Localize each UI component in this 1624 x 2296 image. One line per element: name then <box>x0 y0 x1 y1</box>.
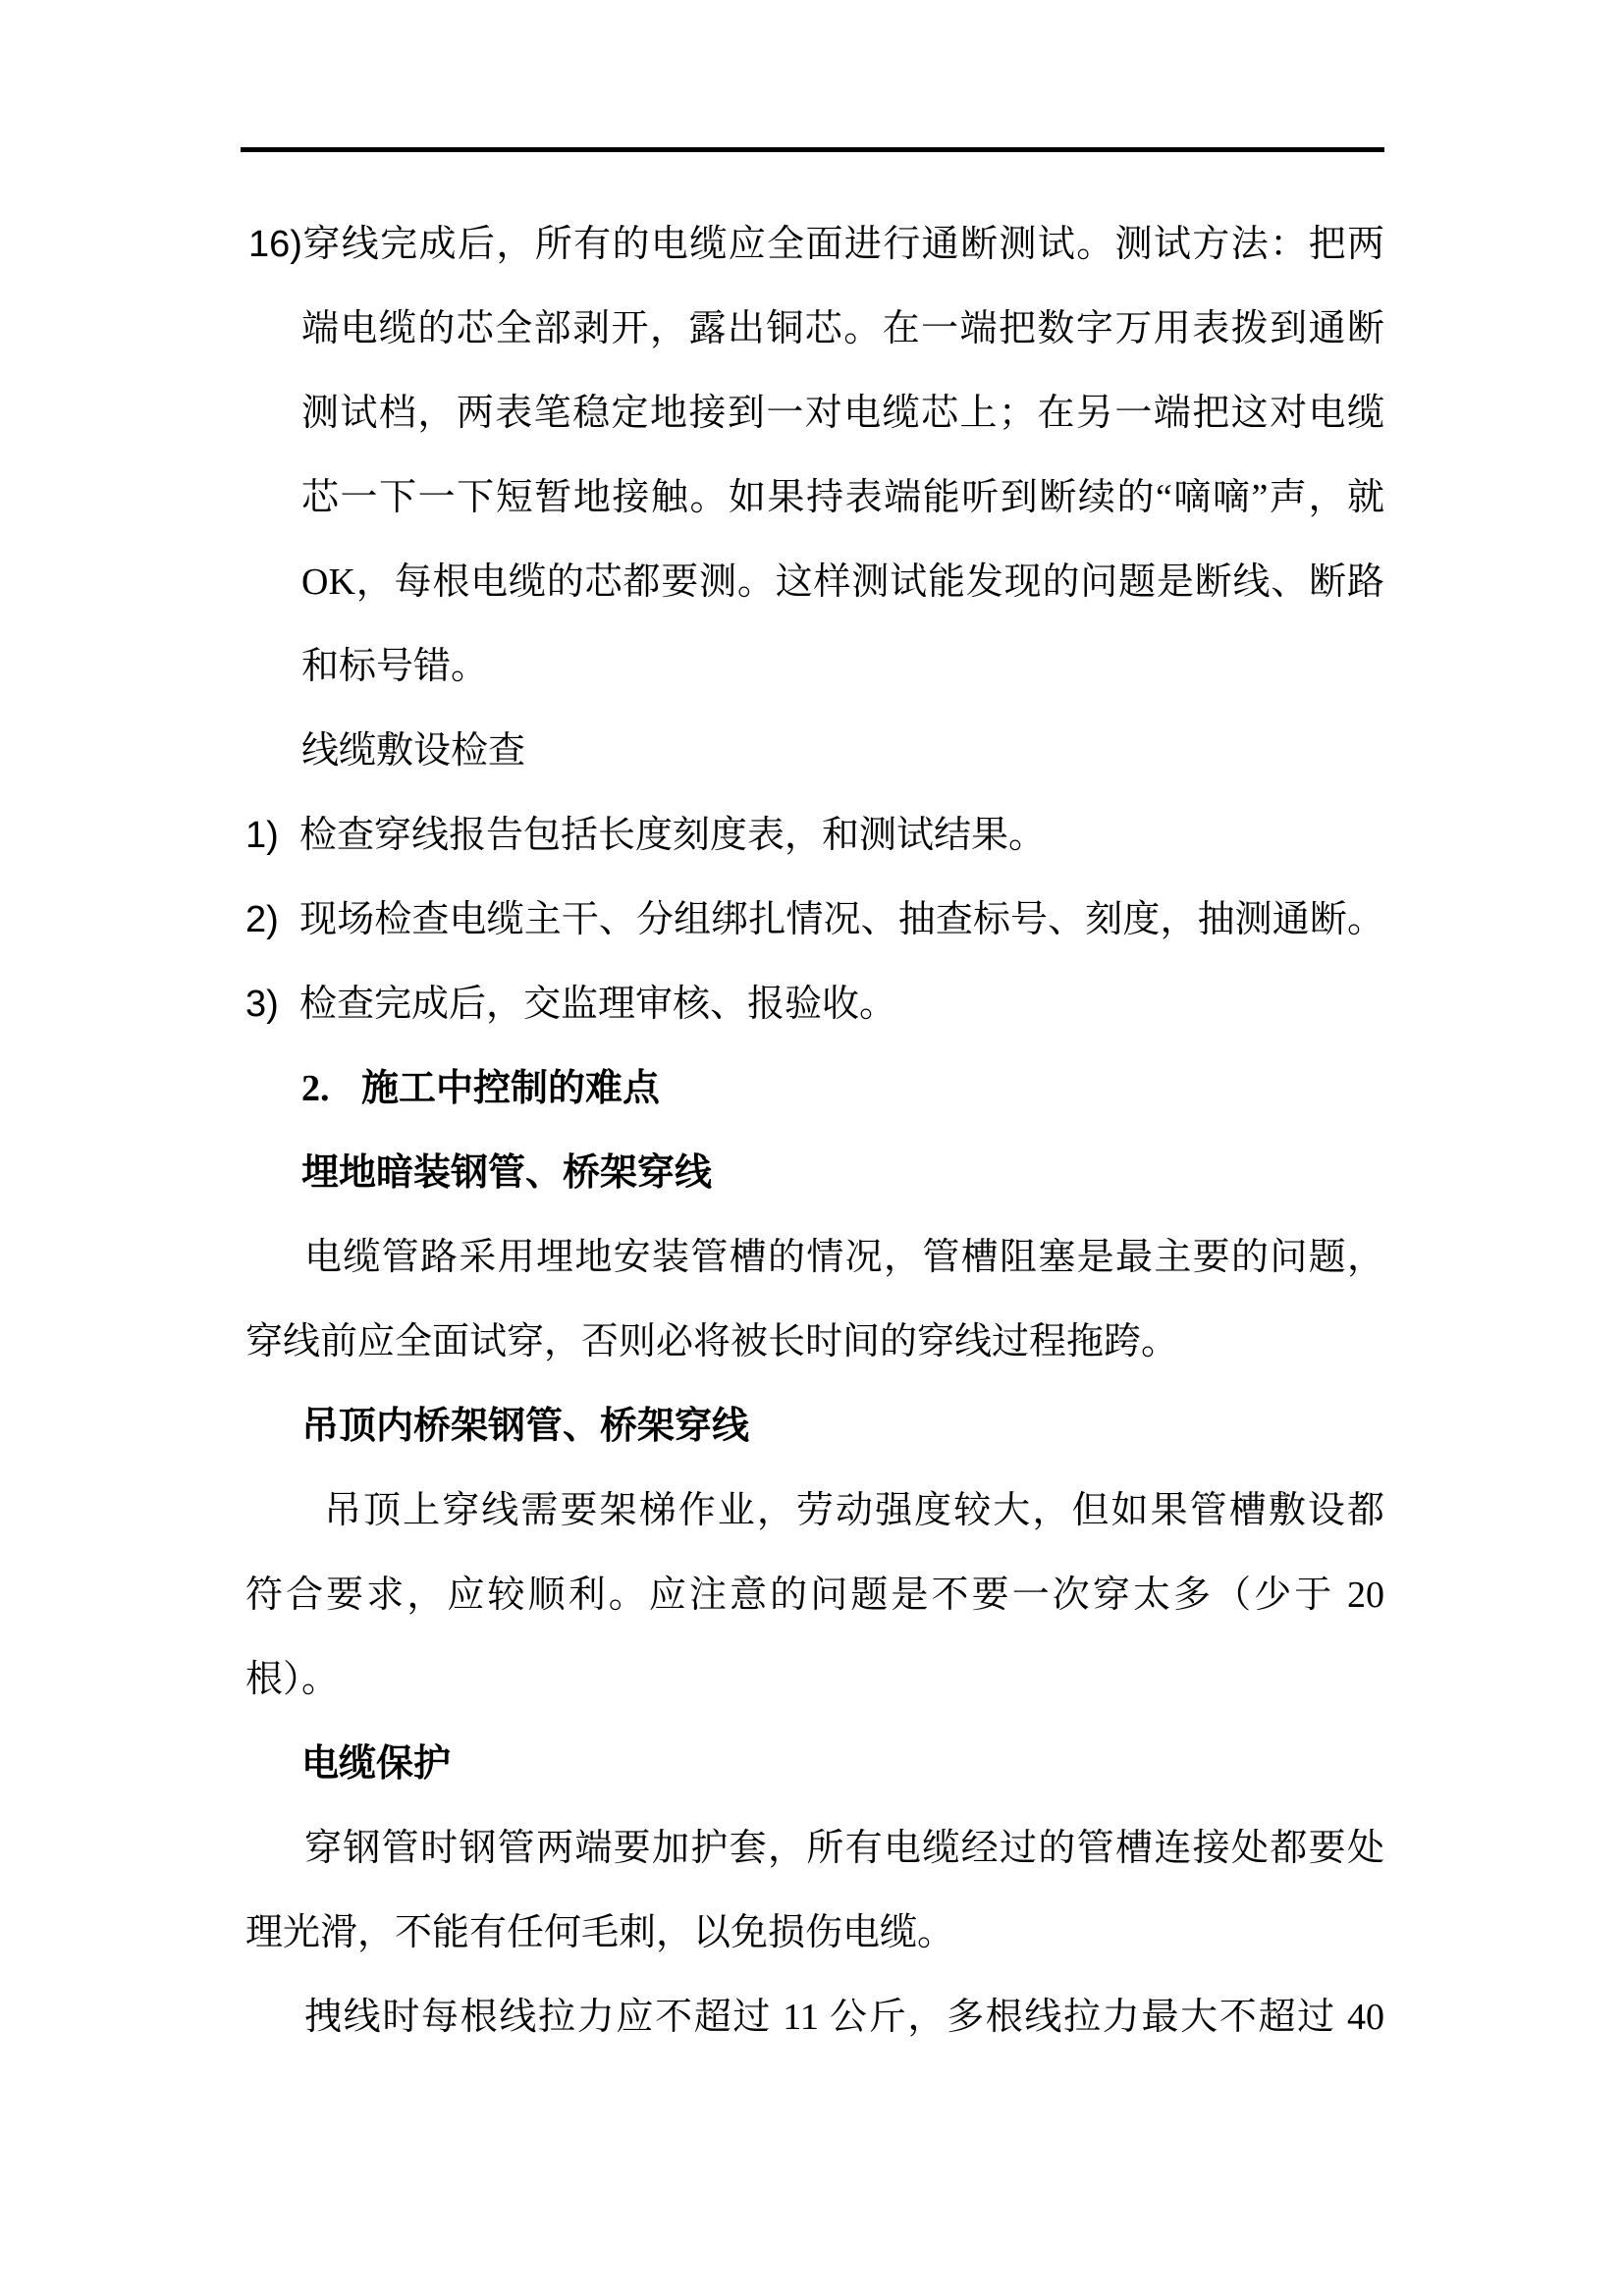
heading-cable-protection: 电缆保护 <box>301 1722 1384 1806</box>
line-text: 穿钢管时钢管两端要加护套，所有电缆经过的管槽连接处都要处 <box>304 1828 1384 1869</box>
document-page: 16)穿线完成后，所有的电缆应全面进行通断测试。测试方法：把两 端电缆的芯全部剥… <box>0 0 1624 2296</box>
list-item-16-line-1: 16)穿线完成后，所有的电缆应全面进行通断测试。测试方法：把两 <box>248 202 1384 287</box>
list-item-16-line-4: 芯一下一下短暂地接触。如果持表端能听到断续的“嘀嘀”声，就 <box>301 455 1384 540</box>
list-item-1: 1)检查穿线报告包括长度刻度表，和测试结果。 <box>245 793 1384 878</box>
line-text: 检查完成后，交监理审核、报验收。 <box>299 984 896 1025</box>
heading-number: 2. <box>301 1046 361 1131</box>
heading-ceiling-tray-steel-pipe: 吊顶内桥架钢管、桥架穿线 <box>301 1384 1384 1468</box>
list-item-16-line-2: 端电缆的芯全部剥开，露出铜芯。在一端把数字万用表拨到通断 <box>301 287 1384 371</box>
list-number: 3) <box>245 962 299 1046</box>
heading-buried-concealed-steel-pipe: 埋地暗装钢管、桥架穿线 <box>301 1131 1384 1215</box>
list-number: 16) <box>248 202 301 287</box>
list-item-3: 3)检查完成后，交监理审核、报验收。 <box>245 962 1384 1046</box>
line-text: 和标号错。 <box>301 646 488 687</box>
list-item-2: 2)现场检查电缆主干、分组绑扎情况、抽查标号、刻度，抽测通断。 <box>245 878 1384 962</box>
line-text: OK，每根电缆的芯都要测。这样测试能发现的问题是断线、断路 <box>301 561 1384 603</box>
paragraph-protection-line-2: 理光滑，不能有任何毛刺，以免损伤电缆。 <box>245 1891 1384 1975</box>
document-body: 16)穿线完成后，所有的电缆应全面进行通断测试。测试方法：把两 端电缆的芯全部剥… <box>245 202 1384 2059</box>
line-text: 端电缆的芯全部剥开，露出铜芯。在一端把数字万用表拨到通断 <box>301 308 1384 349</box>
line-text: 符合要求，应较顺利。应注意的问题是不要一次穿太多（少于 20 <box>245 1575 1384 1616</box>
line-text: 测试档，两表笔稳定地接到一对电缆芯上；在另一端把这对电缆 <box>301 393 1384 434</box>
line-text: 施工中控制的难点 <box>361 1068 660 1109</box>
list-item-16-line-3: 测试档，两表笔稳定地接到一对电缆芯上；在另一端把这对电缆 <box>301 371 1384 455</box>
line-text: 理光滑，不能有任何毛刺，以免损伤电缆。 <box>245 1912 954 1953</box>
paragraph-ceiling-line-1: 吊顶上穿线需要架梯作业，劳动强度较大，但如果管槽敷设都 <box>324 1468 1384 1553</box>
paragraph-buried-pipe-line-2: 穿线前应全面试穿，否则必将被长时间的穿线过程拖跨。 <box>245 1300 1384 1384</box>
paragraph-protection-line-1: 穿钢管时钢管两端要加护套，所有电缆经过的管槽连接处都要处 <box>304 1806 1384 1891</box>
line-text: 穿线前应全面试穿，否则必将被长时间的穿线过程拖跨。 <box>245 1321 1178 1362</box>
line-text: 线缆敷设检查 <box>301 730 525 772</box>
header-divider <box>241 147 1384 152</box>
line-text: 电缆管路采用埋地安装管槽的情况，管槽阻塞是最主要的问题， <box>304 1237 1384 1278</box>
paragraph-ceiling-line-3: 根）。 <box>245 1637 1384 1722</box>
list-number: 2) <box>245 878 299 962</box>
line-text: 电缆保护 <box>301 1743 451 1785</box>
list-number: 1) <box>245 793 299 878</box>
list-item-16-line-6: 和标号错。 <box>301 624 1384 709</box>
line-text: 拽线时每根线拉力应不超过 11 公斤，多根线拉力最大不超过 40 <box>304 1997 1384 2038</box>
paragraph-buried-pipe-line-1: 电缆管路采用埋地安装管槽的情况，管槽阻塞是最主要的问题， <box>304 1215 1384 1300</box>
line-text: 根）。 <box>245 1659 339 1700</box>
subheading-cable-laying-inspection: 线缆敷设检查 <box>301 709 1384 793</box>
line-text: 穿线完成后，所有的电缆应全面进行通断测试。测试方法：把两 <box>301 224 1384 265</box>
line-text: 吊顶上穿线需要架梯作业，劳动强度较大，但如果管槽敷设都 <box>324 1490 1384 1531</box>
line-text: 埋地暗装钢管、桥架穿线 <box>301 1152 712 1194</box>
heading-construction-control-difficulties: 2.施工中控制的难点 <box>301 1046 1384 1131</box>
paragraph-ceiling-line-2: 符合要求，应较顺利。应注意的问题是不要一次穿太多（少于 20 <box>245 1553 1384 1637</box>
paragraph-pulling-force-line-1: 拽线时每根线拉力应不超过 11 公斤，多根线拉力最大不超过 40 <box>304 1975 1384 2059</box>
line-text: 现场检查电缆主干、分组绑扎情况、抽查标号、刻度，抽测通断。 <box>299 899 1384 940</box>
line-text: 芯一下一下短暂地接触。如果持表端能听到断续的“嘀嘀”声，就 <box>301 477 1384 518</box>
list-item-16-line-5: OK，每根电缆的芯都要测。这样测试能发现的问题是断线、断路 <box>301 540 1384 624</box>
line-text: 检查穿线报告包括长度刻度表，和测试结果。 <box>299 815 1046 856</box>
line-text: 吊顶内桥架钢管、桥架穿线 <box>301 1406 749 1447</box>
